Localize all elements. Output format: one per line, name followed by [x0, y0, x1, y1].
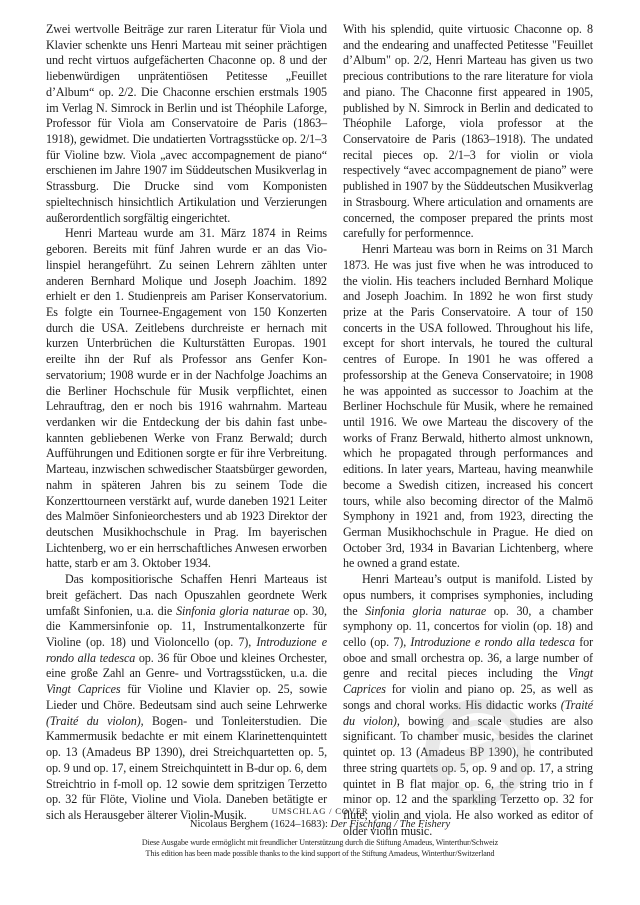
work-title: Sinfonia gloria naturae: [365, 604, 486, 618]
sponsor-credit-english: This edition has been made possible than…: [0, 849, 640, 860]
cover-credit: Nicolaus Berghem (1624–1683): Der Fischf…: [0, 818, 640, 832]
work-title: Vingt Caprices: [46, 682, 120, 696]
english-text-column: With his splendid, quite virtuosic Chaco…: [343, 22, 593, 839]
english-paragraph-works: Henri Marteau’s output is manifold. List…: [343, 572, 593, 839]
cover-caption: Umschlag / Cover Nicolaus Berghem (1624–…: [0, 804, 640, 832]
sponsor-credits: Diese Ausgabe wurde ermöglicht mit freun…: [0, 838, 640, 859]
cover-label: Umschlag / Cover: [0, 804, 640, 818]
english-paragraph-biography: Henri Marteau was born in Reims on 31 Ma…: [343, 242, 593, 572]
english-paragraph-intro: With his splendid, quite virtuosic Chaco…: [343, 22, 593, 242]
german-paragraph-works: Das kompositiorische Schaffen Henri Mart…: [46, 572, 327, 824]
work-title: Sinfonia gloria naturae: [176, 604, 289, 618]
cover-artist: Nicolaus Berghem (1624–1683):: [190, 819, 331, 830]
sponsor-credit-german: Diese Ausgabe wurde ermöglicht mit freun…: [0, 838, 640, 849]
german-text-column: Zwei wertvolle Beiträge zur raren Litera…: [46, 22, 327, 824]
german-paragraph-biography: Henri Marteau wurde am 31. März 1874 in …: [46, 226, 327, 572]
german-paragraph-intro: Zwei wertvolle Beiträge zur raren Litera…: [46, 22, 327, 226]
cover-title: Der Fischfang / The Fishery: [331, 819, 451, 830]
work-title: Introduzione e rondo alla tedesca: [410, 635, 575, 649]
work-title: (Traité du violon),: [46, 714, 144, 728]
document-page: Zwei wertvolle Beiträge zur raren Litera…: [0, 0, 640, 905]
